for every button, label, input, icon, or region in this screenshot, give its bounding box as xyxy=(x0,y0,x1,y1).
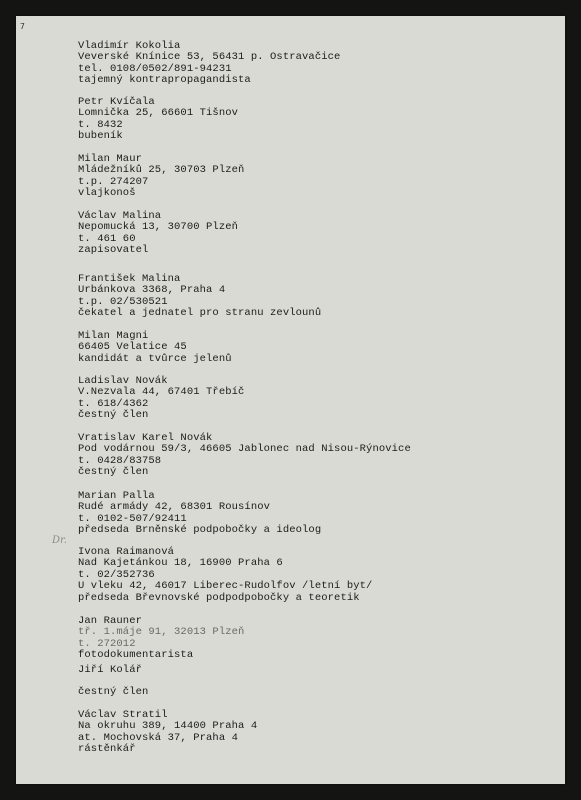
corner-mark: 7 xyxy=(20,22,25,31)
member-entry: Milan Magni 66405 Velatice 45 kandidát a… xyxy=(78,331,232,365)
member-role: čestný člen xyxy=(78,410,244,421)
member-role: čestný člen xyxy=(78,687,148,698)
member-entry: Jan Rauner tř. 1.máje 91, 32013 Plzeň t.… xyxy=(78,616,244,662)
member-role: zapisovatel xyxy=(78,245,238,256)
member-role: rástěnkář xyxy=(78,744,257,755)
member-entry: Marian Palla Rudé armády 42, 68301 Rousí… xyxy=(78,491,321,537)
member-role: vlajkonoš xyxy=(78,188,244,199)
member-role: předseda Břevnovské podpodpobočky a teor… xyxy=(78,593,372,604)
member-entry: Vladimír Kokolia Veverské Knínice 53, 56… xyxy=(78,41,340,87)
member-role: čekatel a jednatel pro stranu zevlounů xyxy=(78,308,321,319)
member-entry: Petr Kvíčala Lomnička 25, 66601 Tišnov t… xyxy=(78,97,238,143)
member-role: kandidát a tvůrce jelenů xyxy=(78,354,232,365)
handwritten-margin-note: Dr. xyxy=(52,535,67,546)
member-address-secondary: U vleku 42, 46017 Liberec-Rudolfov /letn… xyxy=(78,581,372,592)
member-name: Jiří Kolář xyxy=(78,665,142,676)
member-entry: Vratislav Karel Novák Pod vodárnou 59/3,… xyxy=(78,433,411,479)
member-entry: čestný člen xyxy=(78,687,148,698)
member-role: fotodokumentarista xyxy=(78,650,244,661)
member-entry: Milan Maur Mládežníků 25, 30703 Plzeň t.… xyxy=(78,154,244,200)
member-role: tajemný kontrapropagandista xyxy=(78,75,340,86)
member-entry: Jiří Kolář xyxy=(78,665,142,676)
member-entry: Ivona Raimanová Nad Kajetánkou 18, 16900… xyxy=(78,547,372,604)
member-entry: Václav Malina Nepomucká 13, 30700 Plzeň … xyxy=(78,211,238,257)
member-entry: František Malina Urbánkova 3368, Praha 4… xyxy=(78,274,321,320)
member-entry: Václav Stratil Na okruhu 389, 14400 Prah… xyxy=(78,710,257,756)
member-entry: Ladislav Novák V.Nezvala 44, 67401 Třebí… xyxy=(78,376,244,422)
member-role: bubeník xyxy=(78,131,238,142)
member-role: předseda Brněnské podpobočky a ideolog xyxy=(78,525,321,536)
member-role: čestný člen xyxy=(78,467,411,478)
